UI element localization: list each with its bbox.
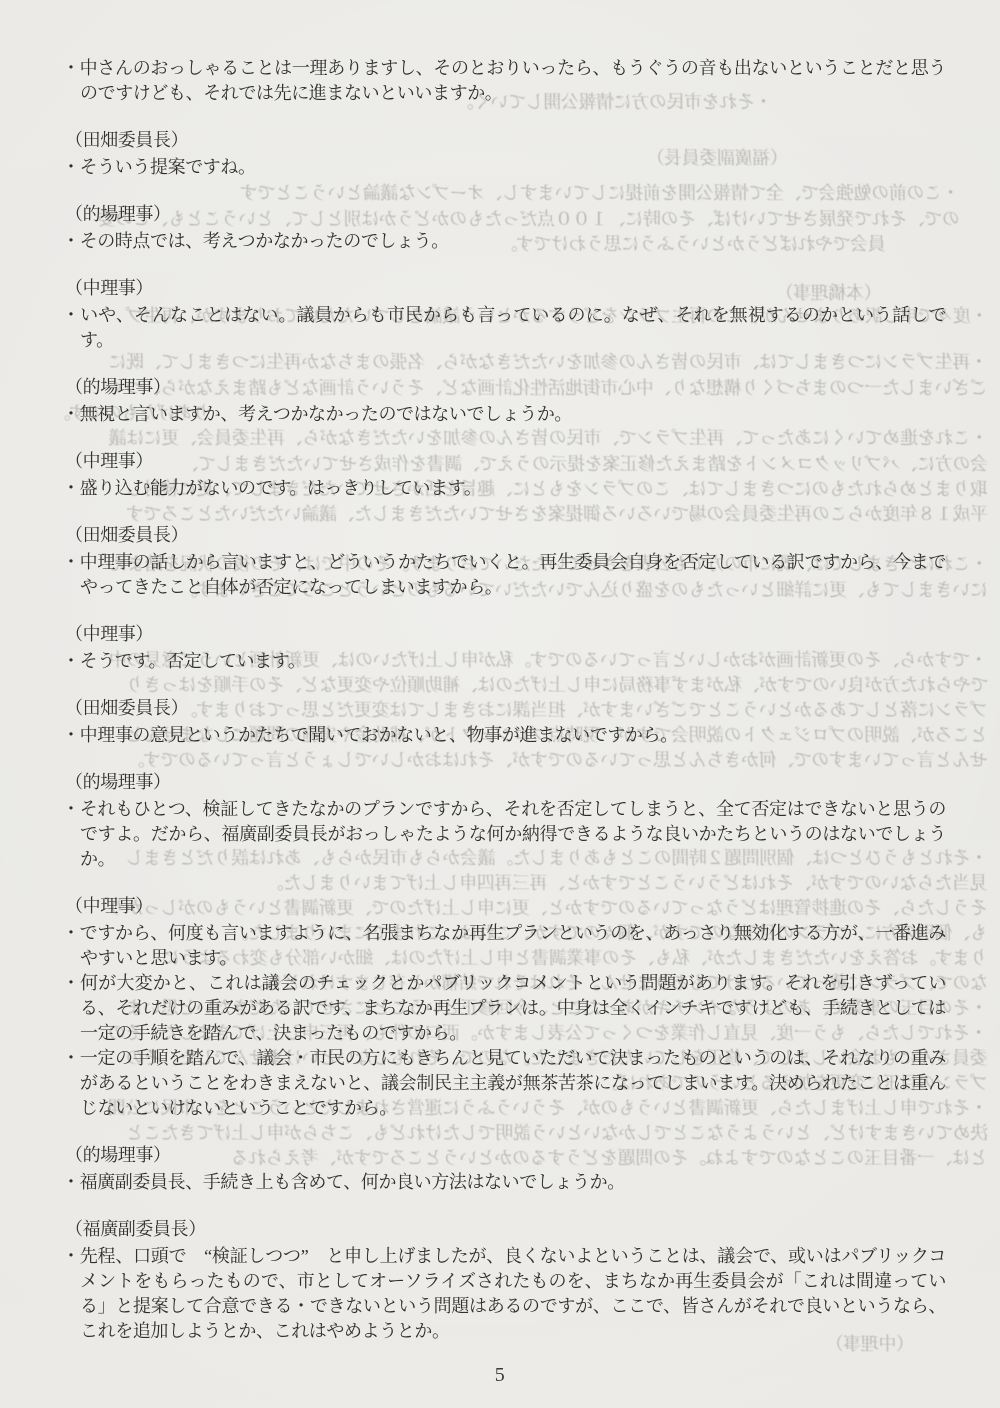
dialogue-entry: （中理事）・そうです。否定しています。 [62, 622, 946, 674]
dialogue-paragraph: ・何が大変かと、これは議会のチェックとかパブリックコメントという問題があります。… [62, 971, 946, 1046]
speaker-label: （田畑委員長） [65, 696, 946, 721]
dialogue-paragraph: ・それもひとつ、検証してきたなかのプランですから、それを否定してしまうと、全て否… [62, 797, 946, 872]
page-number: 5 [0, 1364, 1000, 1387]
dialogue-paragraph: ・中理事の話しから言いますと、どういうかたちでいくと。再生委員会自身を否定してい… [62, 550, 946, 600]
speaker-label: （福廣副委員長） [65, 1217, 946, 1242]
dialogue-paragraph: ・そうです。否定しています。 [62, 649, 946, 674]
speaker-label: （的場理事） [65, 770, 946, 795]
dialogue-entry: （福廣副委員長）・先程、口頭で “検証しつつ” と申し上げましたが、良くないよと… [62, 1217, 946, 1344]
dialogue-paragraph: ・中さんのおっしゃることは一理ありますし、そのとおりいったら、もうぐうの音も出な… [62, 56, 946, 106]
speaker-label: （中理事） [65, 449, 946, 474]
scanned-page: ・それを市民の方に情報公開していく。（福廣副委員長）・この前の勉強会で、全て情報… [0, 0, 1000, 1408]
dialogue-entry: ・中さんのおっしゃることは一理ありますし、そのとおりいったら、もうぐうの音も出な… [62, 56, 946, 106]
minutes-dialogue: ・中さんのおっしゃることは一理ありますし、そのとおりいったら、もうぐうの音も出な… [62, 56, 946, 1344]
dialogue-entry: （的場理事）・その時点では、考えつかなかったのでしょう。 [62, 202, 946, 254]
dialogue-entry: （的場理事）・それもひとつ、検証してきたなかのプランですから、それを否定してしま… [62, 770, 946, 872]
dialogue-paragraph: ・盛り込む能力がないのです。はっきりしています。 [62, 476, 946, 501]
speaker-label: （的場理事） [65, 1143, 946, 1168]
dialogue-entry: （的場理事）・福廣副委員長、手続き上も含めて、何か良い方法はないでしょうか。 [62, 1143, 946, 1195]
dialogue-entry: （田畑委員長）・中理事の話しから言いますと、どういうかたちでいくと。再生委員会自… [62, 523, 946, 600]
dialogue-entry: （中理事）・盛り込む能力がないのです。はっきりしています。 [62, 449, 946, 501]
dialogue-entry: （田畑委員長）・そういう提案ですね。 [62, 128, 946, 180]
dialogue-paragraph: ・中理事の意見というかたちで聞いておかないと、物事が進まないですから。 [62, 723, 946, 748]
speaker-label: （田畑委員長） [65, 128, 946, 153]
dialogue-paragraph: ・いや、そんなことはない。議員からも市民からも言っているのに。なぜ、それを無視す… [62, 303, 946, 353]
dialogue-paragraph: ・その時点では、考えつかなかったのでしょう。 [62, 229, 946, 254]
dialogue-paragraph: ・そういう提案ですね。 [62, 155, 946, 180]
speaker-label: （的場理事） [65, 375, 946, 400]
dialogue-paragraph: ・無視と言いますか、考えつかなかったのではないでしょうか。 [62, 402, 946, 427]
dialogue-paragraph: ・福廣副委員長、手続き上も含めて、何か良い方法はないでしょうか。 [62, 1170, 946, 1195]
dialogue-entry: （中理事）・ですから、何度も言いますように、名張まちなか再生プランというのを、あ… [62, 894, 946, 1121]
speaker-label: （中理事） [65, 276, 946, 301]
speaker-label: （中理事） [65, 622, 946, 647]
speaker-label: （田畑委員長） [65, 523, 946, 548]
dialogue-paragraph: ・一定の手順を踏んで、議会・市民の方にもきちんと見ていただいて決まったものという… [62, 1046, 946, 1121]
dialogue-paragraph: ・ですから、何度も言いますように、名張まちなか再生プランというのを、あっさり無効… [62, 921, 946, 971]
speaker-label: （中理事） [65, 894, 946, 919]
speaker-label: （的場理事） [65, 202, 946, 227]
dialogue-entry: （中理事）・いや、そんなことはない。議員からも市民からも言っているのに。なぜ、そ… [62, 276, 946, 353]
dialogue-paragraph: ・先程、口頭で “検証しつつ” と申し上げましたが、良くないよということは、議会… [62, 1244, 946, 1344]
dialogue-entry: （的場理事）・無視と言いますか、考えつかなかったのではないでしょうか。 [62, 375, 946, 427]
dialogue-entry: （田畑委員長）・中理事の意見というかたちで聞いておかないと、物事が進まないですか… [62, 696, 946, 748]
